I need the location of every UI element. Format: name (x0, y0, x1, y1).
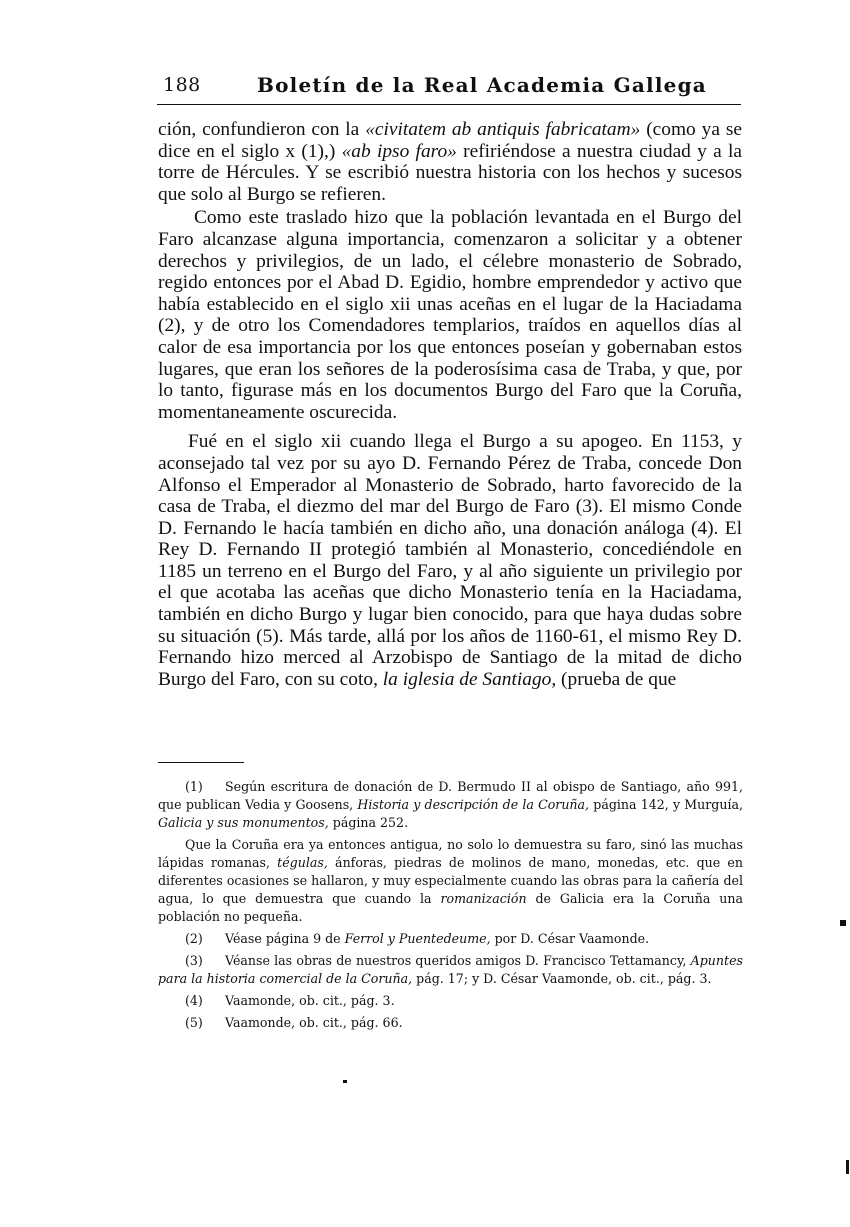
page-header: 188 Boletín de la Real Academia Gallega (157, 74, 741, 102)
running-title: Boletín de la Real Academia Gallega (257, 73, 707, 97)
page-number: 188 (163, 74, 201, 96)
footnotes: (1)Según escritura de donación de D. Ber… (158, 778, 743, 1036)
paragraph-1: ción, confundieron con la «civitatem ab … (158, 119, 742, 205)
scan-speck (840, 920, 846, 926)
paragraph-2: Como este traslado hizo que la población… (158, 207, 742, 423)
scan-speck (343, 1080, 347, 1083)
footnote-4: (4)Vaamonde, ob. cit., pág. 3. (158, 992, 743, 1010)
footnote-rule (158, 762, 244, 763)
footnote-1-continued: Que la Coruña era ya entonces antigua, n… (158, 836, 743, 926)
header-rule (157, 104, 741, 105)
scanned-page: 188 Boletín de la Real Academia Gallega … (0, 0, 850, 1227)
body-text: ción, confundieron con la «civitatem ab … (158, 119, 742, 690)
scan-speck (846, 1160, 849, 1174)
paragraph-3: Fué en el siglo xii cuando llega el Burg… (158, 431, 742, 690)
footnote-5: (5)Vaamonde, ob. cit., pág. 66. (158, 1014, 743, 1032)
footnote-2: (2)Véase página 9 de Ferrol y Puentedeum… (158, 930, 743, 948)
footnote-3: (3)Véanse las obras de nuestros queridos… (158, 952, 743, 988)
footnote-1: (1)Según escritura de donación de D. Ber… (158, 778, 743, 832)
